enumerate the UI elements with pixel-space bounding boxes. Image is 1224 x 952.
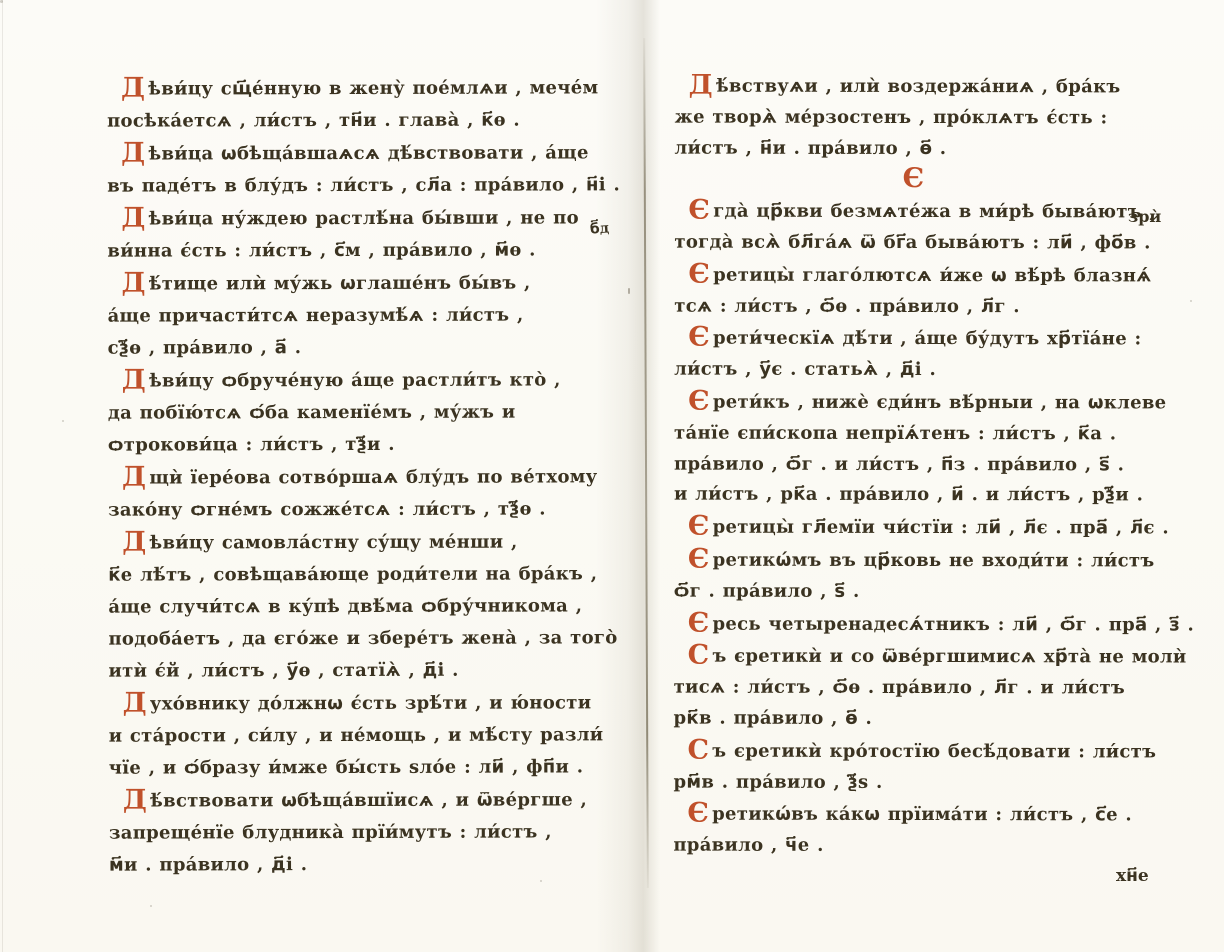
page-fold: [596, 0, 660, 952]
text-line: тисѧ : ли́стъ , ѻ҃ѳ . пра́вило , л҃г . и…: [674, 673, 1152, 705]
text-line: Єресь четыренадесѧ́тникъ : ли҃ , ѻ҃г . п…: [674, 607, 1152, 641]
initial-letter: Є: [688, 511, 710, 542]
text-line: ли́стъ , н҃и . пра́вило , ѳ҃ .: [675, 133, 1153, 165]
text-line: Дѣ́вствуѧи , илѝ воздержа́ниѧ , бра́къ: [675, 70, 1153, 104]
text-line: тогда̀ всѧ̀ бл҃га́ѧ ѿ бг҃а быва́ютъ : ли…: [674, 228, 1152, 260]
index-entry: Дѣ́вствуѧи , илѝ воздержа́ниѧ , бра́къже…: [675, 70, 1153, 165]
text-line: Єретицы̀ гл҃емїи чи́стїи : ли҃ , л҃є . п…: [674, 511, 1152, 545]
text-line: сѯ҃ѳ , пра́вило , а҃ .: [108, 331, 600, 364]
initial-letter: Д: [121, 203, 145, 234]
index-entry: Єрети́ческїѧ дѣ́ти , а́ще бу́дутъ хр҃тїа…: [674, 322, 1152, 386]
text-line: ѻ҃г . пра́вило , ѕ҃ .: [674, 576, 1152, 608]
text-line: и ста́рости , си́лу , и не́мощь , и мѣ́с…: [109, 719, 601, 752]
text-line: Єгда̀ цр҃кви безмѧте́жа в ми́рѣ быва́ютъ…: [674, 195, 1152, 229]
initial-letter: С: [687, 734, 709, 765]
text-line: Дѣ́тище илѝ му́жь ѡглаше́нъ бы́въ ,: [107, 266, 599, 300]
index-entry: Єретикѡ́мъ въ цр҃ковь не входи́ти : ли́с…: [674, 544, 1152, 608]
initial-letter: Є: [687, 798, 709, 829]
initial-letter: Д: [121, 138, 145, 169]
nota-bene-note: зрѝ: [1128, 207, 1161, 226]
index-entry: Дѣви́ца ну́ждею растлѣ́на бы́вши , не по…: [107, 201, 599, 267]
text-line: запреще́нїе блудника̀ прїи́мутъ : ли́стъ…: [109, 816, 601, 849]
page-edge-line: [2, 0, 3, 952]
initial-letter: Д: [122, 462, 146, 493]
index-entry: Єресь четыренадесѧ́тникъ : ли҃ , ѻ҃г . п…: [674, 607, 1152, 641]
paper-speck: [62, 420, 64, 422]
text-line: Дѣви́цу ѻбруче́ную а́ще растли́тъ кто̀ ,: [108, 363, 600, 397]
index-entry: Дѣ́тище илѝ му́жь ѡглаше́нъ бы́въ ,а́ще …: [107, 266, 599, 364]
text-line: Дѣви́цу сщ҃е́нную в жену̀ пое́млѧи , меч…: [107, 71, 599, 105]
index-entry: Єгда̀ цр҃кви безмѧте́жа в ми́рѣ быва́ютъ…: [674, 195, 1152, 259]
text-line: ви́нна є́сть : ли́стъ , с҃м , пра́вило ,…: [107, 234, 599, 267]
paper-speck: [1190, 300, 1192, 302]
text-line: ли́стъ , у҃є . статьѧ̀ , д҃і .: [674, 355, 1152, 387]
initial-letter: С: [688, 640, 710, 671]
text-line: Єрети́ческїѧ дѣ́ти , а́ще бу́дутъ хр҃тїа…: [674, 322, 1152, 356]
text-line: да побїю́тсѧ ѻ́ба каменїе́мъ , му́жъ и: [108, 396, 600, 429]
text-line: пра́вило , ѻ҃г . и ли́стъ , п҃з . пра́ви…: [674, 449, 1152, 481]
paper-speck: [0, 0, 3, 3]
page-number-mark: хн҃е: [1116, 866, 1149, 886]
text-line: Єретицы̀ глаго́лютсѧ и́же ѡ вѣ́рѣ блазнѧ…: [674, 258, 1152, 292]
index-entry: Съ єретикѝ и со ѿве́ргшимисѧ хр҃та̀ не м…: [674, 640, 1152, 735]
index-entry: Духо́внику до́лжнѡ є́сть зрѣ́ти , и ю́но…: [109, 686, 601, 784]
section-letter: Є: [674, 164, 1152, 196]
text-line: рк҃в . пра́вило , ѳ҃ .: [674, 704, 1152, 736]
text-line: а́ще причасти́тсѧ неразумѣ́ѧ : ли́стъ ,: [108, 299, 600, 332]
text-line: ѻтрокови́ца : ли́стъ , тѯ҃и .: [108, 428, 600, 461]
book-scan: Дѣви́цу сщ҃е́нную в жену̀ пое́млѧи , меч…: [0, 0, 1224, 952]
text-line: Дѣви́ца ну́ждею растлѣ́на бы́вши , не по: [107, 201, 599, 235]
text-line: Єретикѡ́въ ка́кѡ прїима́ти : ли́стъ , с҃…: [673, 798, 1151, 832]
text-line: и ли́стъ , рк҃а . пра́вило , и҃ . и ли́с…: [674, 480, 1152, 512]
index-entry: Дѣ́вствовати ѡбѣща́вшїисѧ , и ѿве́ргше ,…: [109, 783, 601, 881]
text-line: же творѧ̀ ме́рзостенъ , про́клѧтъ є́сть …: [675, 102, 1153, 134]
initial-letter: Є: [688, 544, 710, 575]
text-line: пра́вило , ч҃е .: [673, 831, 1151, 863]
index-entry: Дѣви́цу самовла́стну су́щу ме́нши ,к҃е л…: [108, 525, 600, 687]
initial-letter: Є: [688, 195, 710, 226]
text-line: Съ єретикѝ кро́тостїю бесѣ́довати : ли́с…: [673, 734, 1151, 768]
text-line: въ паде́тъ в блу́дъ : ли́стъ , сл҃а : пр…: [107, 169, 599, 202]
initial-letter: Є: [688, 258, 710, 289]
initial-letter: Д: [121, 268, 145, 299]
initial-letter: Д: [121, 73, 145, 104]
index-entry: Єретикѡ́въ ка́кѡ прїима́ти : ли́стъ , с҃…: [673, 798, 1151, 862]
text-line: та́нїе єпи́скопа непрїѧ́тенъ : ли́стъ , …: [674, 418, 1152, 450]
initial-letter: Є: [688, 607, 710, 638]
text-line: Духо́внику до́лжнѡ є́сть зрѣ́ти , и ю́но…: [109, 686, 601, 720]
text-line: рм҃в . пра́вило , ѯ҃ѕ .: [673, 767, 1151, 799]
initial-letter: Д: [123, 785, 147, 816]
initial-letter: Є: [688, 322, 710, 353]
index-entry: Дщѝ їере́ова сотво́ршаѧ блу́дъ по ве́тхо…: [108, 460, 600, 526]
initial-letter: Д: [122, 527, 146, 558]
left-page: Дѣви́цу сщ҃е́нную в жену̀ пое́млѧи , меч…: [107, 71, 601, 881]
index-entry: Дѣви́цу сщ҃е́нную в жену̀ пое́млѧи , меч…: [107, 71, 599, 137]
text-line: м҃и . пра́вило , д҃і .: [109, 848, 601, 881]
text-line: Єретикѡ́мъ въ цр҃ковь не входи́ти : ли́с…: [674, 544, 1152, 578]
text-line: подоба́етъ , да єго́же и збере́тъ жена̀ …: [108, 622, 600, 655]
text-line: итѝ є́й , ли́стъ , у҃ѳ , статїѧ̀ , д҃і .: [108, 654, 600, 687]
text-line: Дѣви́ца ѡбѣща́вшаѧсѧ дѣ́вствовати , а́ще: [107, 136, 599, 170]
right-page: Дѣ́вствуѧи , илѝ воздержа́ниѧ , бра́къже…: [673, 70, 1152, 863]
text-line: а́ще случи́тсѧ в ку́пѣ двѣ́ма ѻбру́чнико…: [108, 590, 600, 623]
index-entry: Єретицы̀ глаго́лютсѧ и́же ѡ вѣ́рѣ блазнѧ…: [674, 258, 1152, 322]
paper-speck: [150, 905, 152, 907]
text-line: Съ єретикѝ и со ѿве́ргшимисѧ хр҃та̀ не м…: [674, 640, 1152, 674]
index-entry: Съ єретикѝ кро́тостїю бесѣ́довати : ли́с…: [673, 734, 1151, 798]
initial-letter: Є: [688, 386, 710, 417]
text-line: Дѣ́вствовати ѡбѣща́вшїисѧ , и ѿве́ргше ,: [109, 783, 601, 817]
text-line: Дщѝ їере́ова сотво́ршаѧ блу́дъ по ве́тхо…: [108, 460, 600, 494]
index-entry: Єрети́къ , нижѐ єди́нъ вѣ́рныи , на ѡкле…: [674, 386, 1152, 512]
quire-signature: б҃д: [589, 220, 609, 237]
initial-letter: Д: [122, 365, 146, 396]
text-line: чїе , и ѻ́бразу и́мже бы́сть ѕло́е : ли҃…: [109, 751, 601, 784]
text-line: Єрети́къ , нижѐ єди́нъ вѣ́рныи , на ѡкле…: [674, 386, 1152, 420]
initial-letter: Д: [689, 70, 713, 101]
index-entry: Дѣви́цу ѻбруче́ную а́ще растли́тъ кто̀ ,…: [108, 363, 600, 461]
text-line: тсѧ : ли́стъ , ѻ҃ѳ . пра́вило , л҃г .: [674, 291, 1152, 323]
index-entry: Дѣви́ца ѡбѣща́вшаѧсѧ дѣ́вствовати , а́ще…: [107, 136, 599, 202]
text-line: посѣка́етсѧ , ли́стъ , тн҃и . глава̀ , к…: [107, 104, 599, 137]
initial-letter: Д: [123, 688, 147, 719]
index-entry: Єретицы̀ гл҃емїи чи́стїи : ли҃ , л҃є . п…: [674, 511, 1152, 545]
text-line: к҃е лѣ́тъ , совѣщава́юще роди́тели на бр…: [108, 558, 600, 591]
text-line: зако́ну ѻгне́мъ сожже́тсѧ : ли́стъ , тѯ҃…: [108, 493, 600, 526]
text-line: Дѣви́цу самовла́стну су́щу ме́нши ,: [108, 525, 600, 559]
